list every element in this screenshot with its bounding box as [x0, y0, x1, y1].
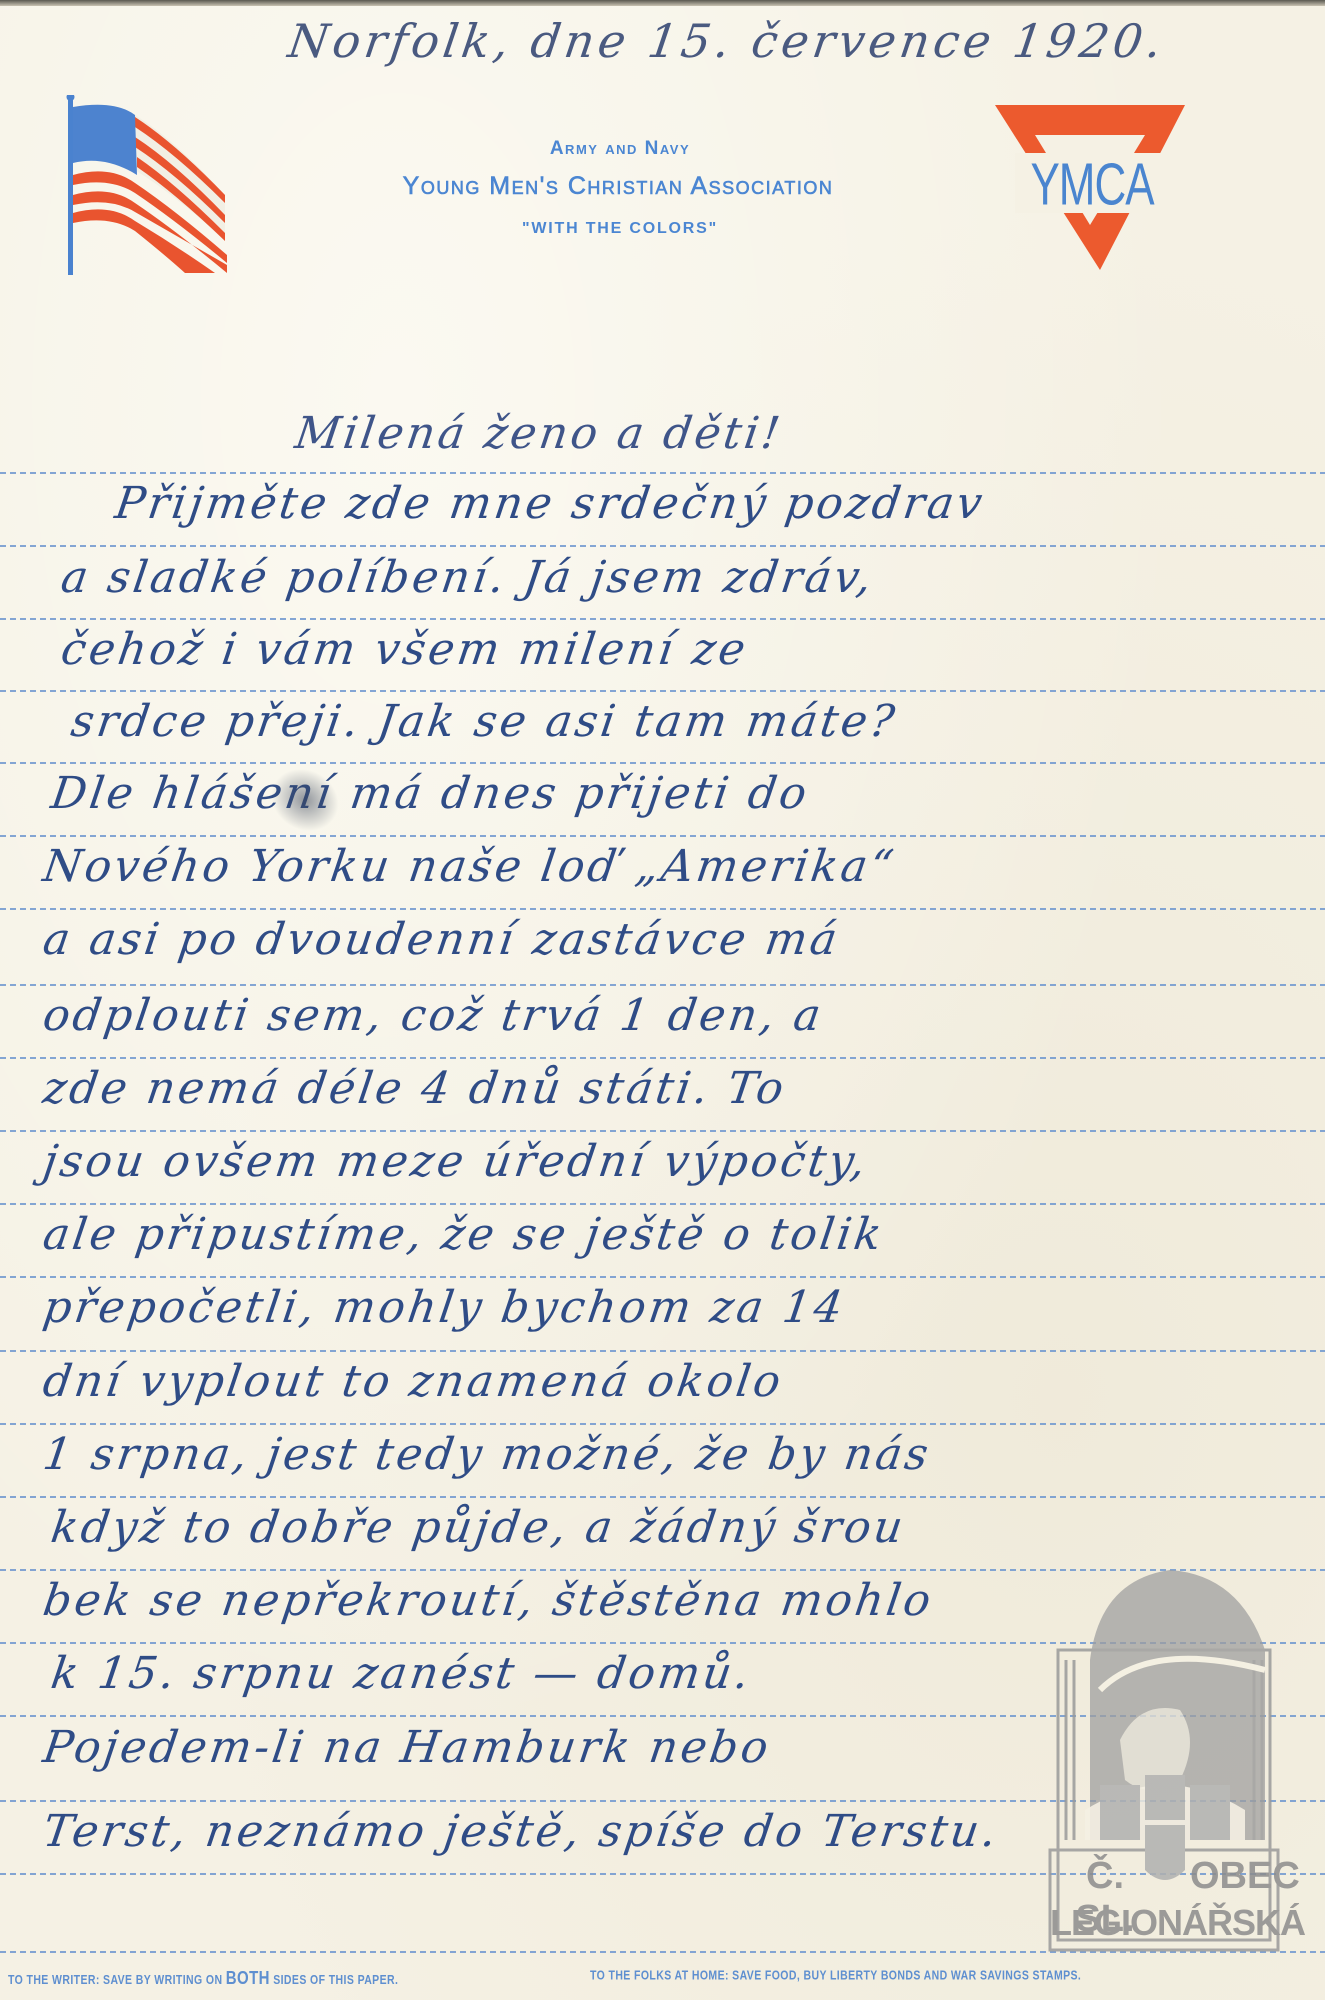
body-line: k 15. srpnu zanést — domů. — [48, 1648, 755, 1699]
salutation: Milená ženo a děti! — [292, 408, 786, 459]
rule-line — [0, 1350, 1325, 1352]
body-line: a asi po dvoudenní zastávce má — [40, 914, 843, 965]
watermark-text-obec: OBEC — [1190, 1855, 1280, 1898]
watermark-text-legionarska: LEGIONÁŘSKÁ — [1050, 1902, 1278, 1944]
paper-edge — [0, 0, 1325, 6]
body-line: čehož i vám všem milení ze — [58, 624, 751, 675]
footer-writer-prefix: TO THE WRITER: SAVE BY WRITING ON — [8, 1973, 226, 1987]
us-flag-icon — [65, 95, 235, 275]
footer-writer-note: TO THE WRITER: SAVE BY WRITING ON BOTH S… — [8, 1968, 398, 1988]
rule-line — [0, 690, 1325, 692]
rule-line — [0, 762, 1325, 764]
body-line: jsou ovšem meze úřední výpočty, — [40, 1136, 872, 1187]
rule-line — [0, 1203, 1325, 1205]
ymca-logo-text: YMCA — [1012, 152, 1172, 220]
footer-home-note: TO THE FOLKS AT HOME: SAVE FOOD, BUY LIB… — [590, 1969, 1081, 1983]
body-line: 1 srpna, jest tedy možné, že by nás — [40, 1429, 934, 1480]
rule-line — [0, 1130, 1325, 1132]
dateline: Norfolk, dne 15. července 1920. — [285, 14, 1169, 68]
body-line: přepočetli, mohly bychom za 14 — [40, 1282, 849, 1333]
letterhead-line-1: Army and Navy — [380, 138, 860, 160]
body-line: Terst, neznámo ještě, spíše do Terstu. — [40, 1806, 1002, 1857]
letterhead-line-2: Young Men's Christian Association — [268, 172, 968, 201]
body-line: Nového Yorku naše loď „Amerika“ — [40, 841, 899, 892]
body-line: ale připustíme, že se ještě o tolik — [40, 1209, 888, 1260]
body-line: Pojedem-li na Hamburk nebo — [40, 1722, 774, 1773]
rule-line — [0, 984, 1325, 986]
body-line: dní vyplout to znamená okolo — [40, 1356, 787, 1407]
letterhead-line-3: "WITH THE COLORS" — [380, 220, 860, 238]
rule-line — [0, 1057, 1325, 1059]
rule-line — [0, 1423, 1325, 1425]
rule-line — [0, 835, 1325, 837]
rule-line — [0, 472, 1325, 474]
body-line: zde nemá déle 4 dnů státi. To — [40, 1063, 790, 1114]
footer-writer-emphasis: BOTH — [226, 1968, 270, 1988]
body-line: když to dobře půjde, a žádný šrou — [48, 1502, 909, 1553]
body-line: bek se nepřekroutí, štěstěna mohlo — [40, 1575, 937, 1626]
rule-line — [0, 618, 1325, 620]
letter-paper: Norfolk, dne 15. července 1920. Army and… — [0, 0, 1325, 2000]
legion-watermark: Č. SL. OBEC LEGIONÁŘSKÁ — [1030, 1540, 1295, 1960]
rule-line — [0, 1496, 1325, 1498]
body-line: Dle hlášení má dnes přijeti do — [48, 768, 813, 819]
body-line: srdce přeji. Jak se asi tam máte? — [68, 696, 900, 747]
footer-writer-suffix: SIDES OF THIS PAPER. — [270, 1973, 398, 1987]
body-line: Přijměte zde mne srdečný pozdrav — [112, 478, 988, 529]
body-line: a sladké políbení. Já jsem zdráv, — [58, 552, 878, 603]
rule-line — [0, 1276, 1325, 1278]
rule-line — [0, 545, 1325, 547]
body-line: odplouti sem, což trvá 1 den, a — [40, 990, 827, 1041]
rule-line — [0, 908, 1325, 910]
